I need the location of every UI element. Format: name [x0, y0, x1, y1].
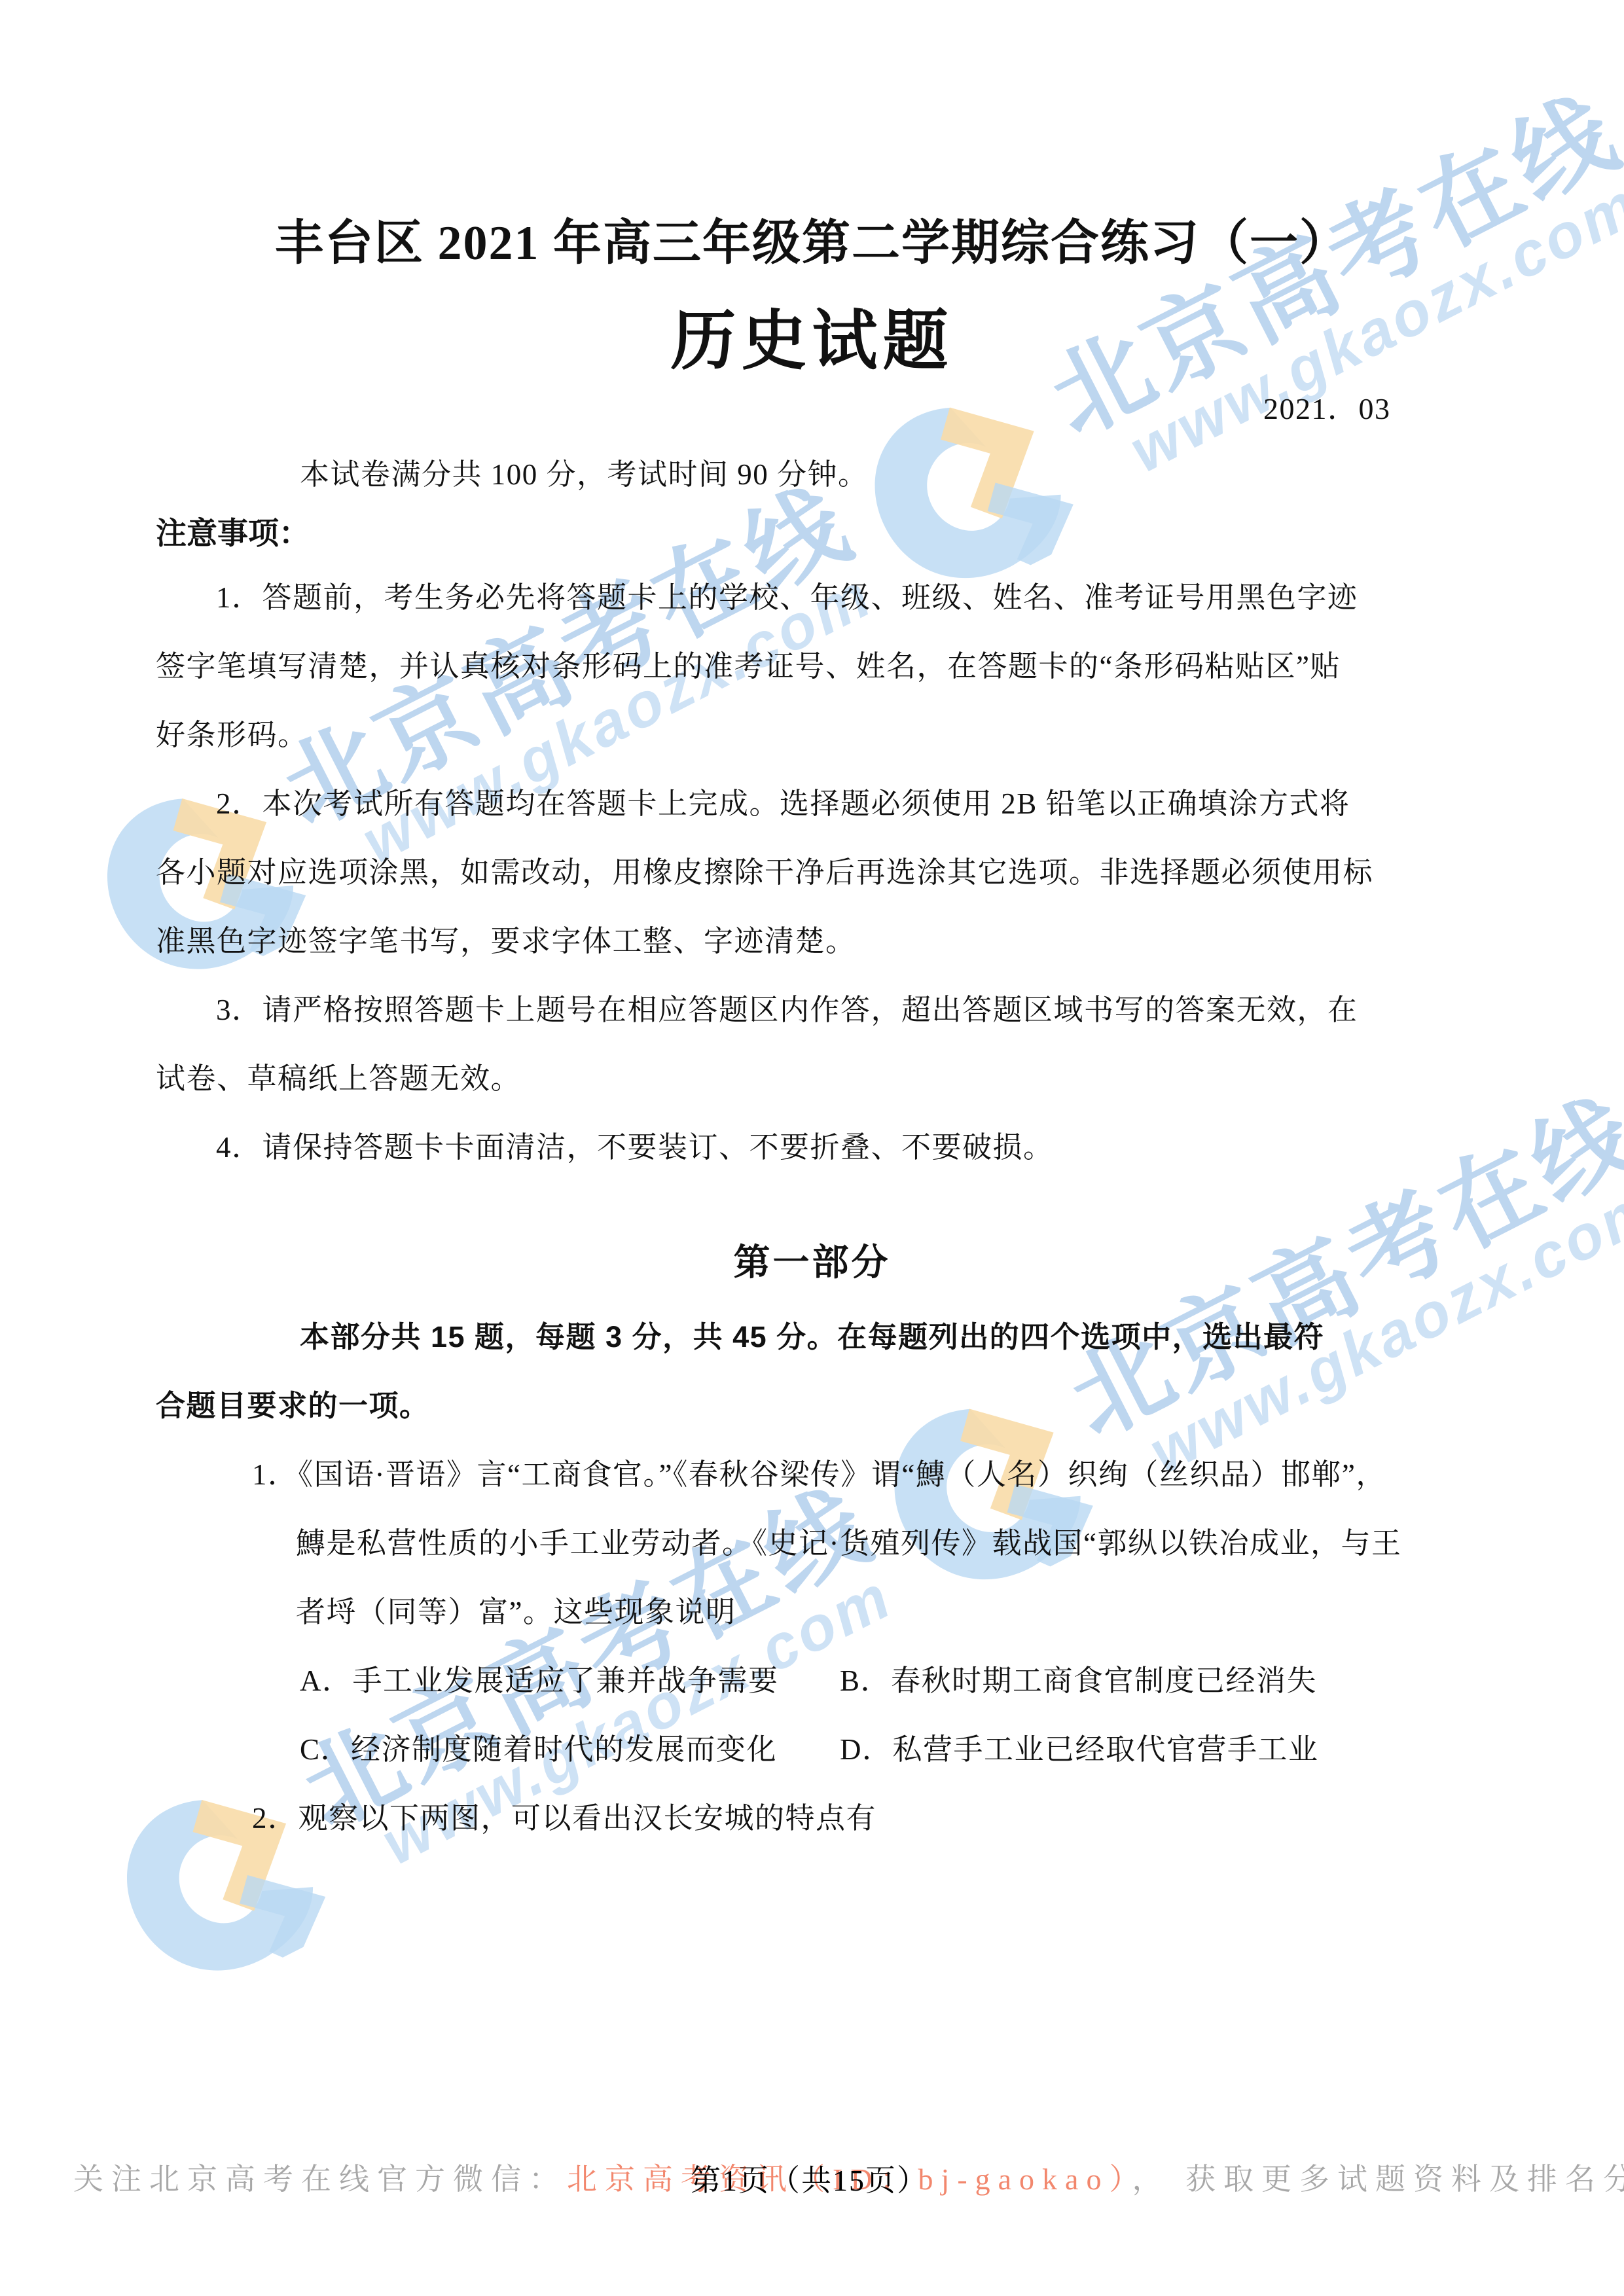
- footer-suffix-text: ， 获取更多试题资料及排名分析信息。: [1132, 2162, 1624, 2196]
- page-number: 第1页（共15页）: [691, 2157, 928, 2200]
- notice-line-3: 好条形码。: [156, 711, 308, 753]
- notice-line-1: 1．答题前，考生务必先将答题卡上的学校、年级、班级、姓名、准考证号用黑色字迹: [216, 573, 1358, 616]
- question-1-line-3: 者埒（同等）富”。这些现象说明: [296, 1588, 736, 1630]
- notice-line-5: 各小题对应选项涂黑，如需改动，用橡皮擦除干净后再选涂其它选项。非选择题必须使用标: [156, 848, 1373, 891]
- watermark-text-block: 北京高考在线 www.gkaozx.com: [1056, 1082, 1624, 1506]
- notice-line-8: 试卷、草稿纸上答题无效。: [156, 1054, 521, 1097]
- part1-intro-line-1: 本部分共 15 题，每题 3 分，共 45 分。在每题列出的四个选项中，选出最符: [300, 1313, 1324, 1355]
- question-1-option-b: B．春秋时期工商食官制度已经消失: [840, 1657, 1317, 1699]
- part1-heading: 第一部分: [0, 1234, 1624, 1286]
- notice-line-2: 签字笔填写清楚，并认真核对条形码上的准考证号、姓名，在答题卡的“条形码粘贴区”贴: [156, 642, 1341, 685]
- question-1-line-1: 1．《国语·晋语》言“工商食官。”《春秋谷梁传》谓“鱄（人名）织绚（丝织品）邯郸…: [252, 1450, 1386, 1493]
- question-1-line-2: 鱄是私营性质的小手工业劳动者。《史记·货殖列传》载战国“郭纵以铁冶成业，与王: [296, 1519, 1401, 1562]
- notice-line-9: 4．请保持答题卡卡面清洁，不要装订、不要折叠、不要破损。: [216, 1123, 1054, 1166]
- exam-paper-page: 北京高考在线 www.gkaozx.com 北京高考在线 www.gkaozx.…: [0, 0, 1624, 2296]
- question-1-option-c: C．经济制度随着时代的发展而变化: [300, 1725, 777, 1768]
- notice-heading: 注意事项：: [156, 509, 310, 553]
- notice-line-7: 3．请严格按照答题卡上题号在相应答题区内作答，超出答题区域书写的答案无效，在: [216, 986, 1358, 1028]
- exam-summary: 本试卷满分共 100 分，考试时间 90 分钟。: [300, 450, 869, 493]
- subject-title: 历史试题: [0, 288, 1624, 382]
- notice-line-6: 准黑色字迹签字笔书写，要求字体工整、字迹清楚。: [156, 917, 856, 960]
- exam-title: 丰台区 2021 年高三年级第二学期综合练习（一）: [0, 204, 1624, 274]
- notice-line-4: 2．本次考试所有答题均在答题卡上完成。选择题必须使用 2B 铅笔以正确填涂方式将: [216, 780, 1350, 822]
- question-1-option-a: A．手工业发展适应了兼并战争需要: [300, 1657, 779, 1699]
- question-2-line-1: 2．观察以下两图，可以看出汉长安城的特点有: [252, 1794, 876, 1837]
- exam-date: 2021．03: [1263, 385, 1391, 428]
- question-1-option-d: D．私营手工业已经取代官营手工业: [840, 1725, 1319, 1768]
- gkaozx-logo-icon: [85, 1749, 349, 2013]
- footer-prefix-text: 关注北京高考在线官方微信：: [73, 2162, 567, 2196]
- part1-intro-line-2: 合题目要求的一项。: [156, 1382, 430, 1424]
